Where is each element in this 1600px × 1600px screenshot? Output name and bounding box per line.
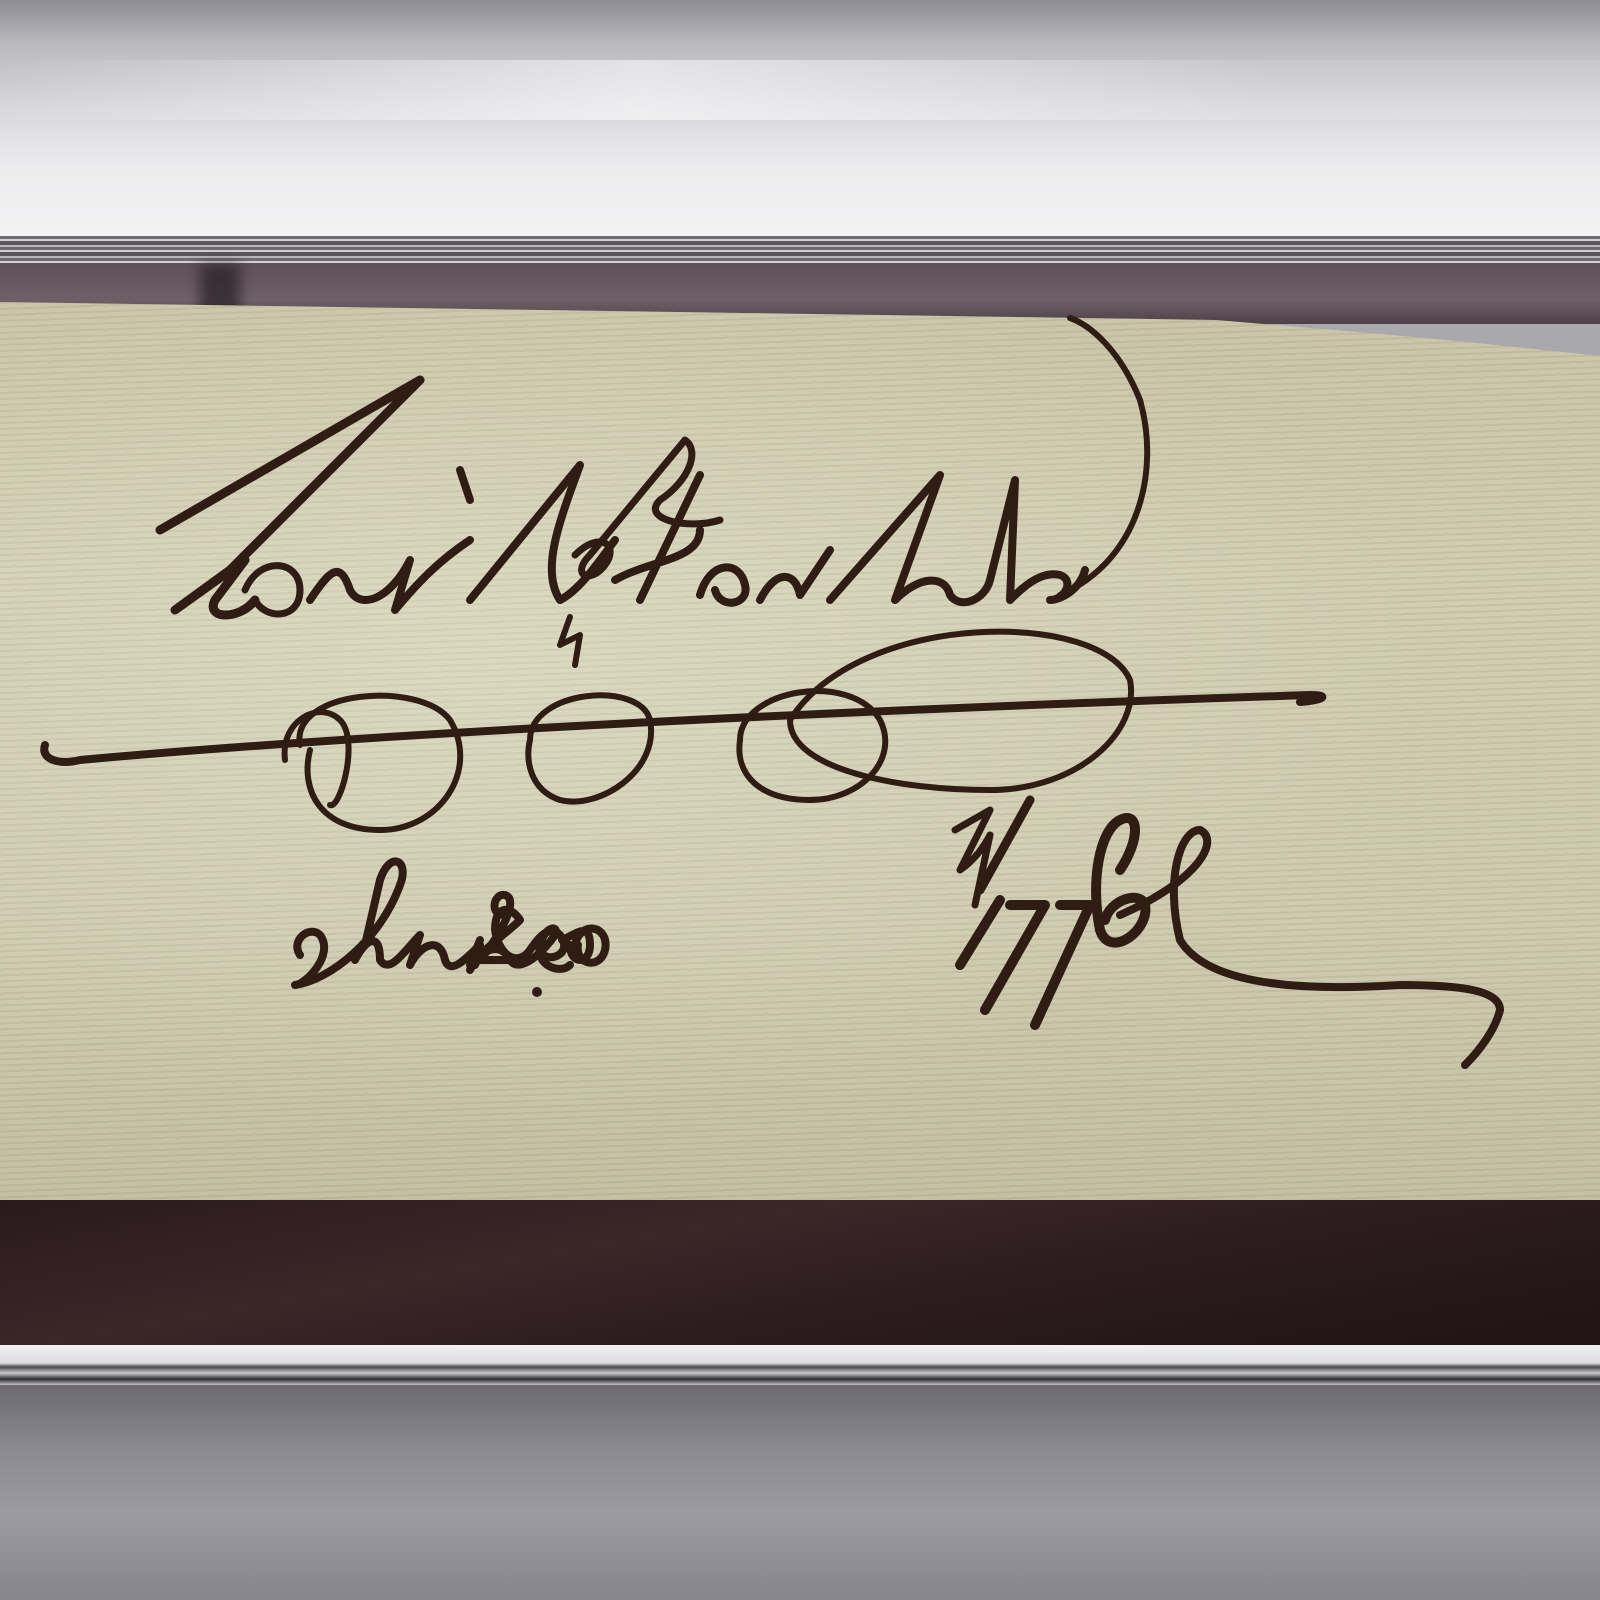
wood-backing-bottom [0, 1200, 1600, 1350]
period-dot [532, 987, 542, 997]
transcription: Rich'd Stockton June 20th 1776 [10, 1589, 11, 1590]
signature-stroke-R [160, 380, 420, 615]
holder-rail-bottom [0, 1345, 1600, 1385]
signature-text: Rich'd Stockton [10, 1589, 11, 1590]
display-holder-bottom [0, 1385, 1600, 1600]
